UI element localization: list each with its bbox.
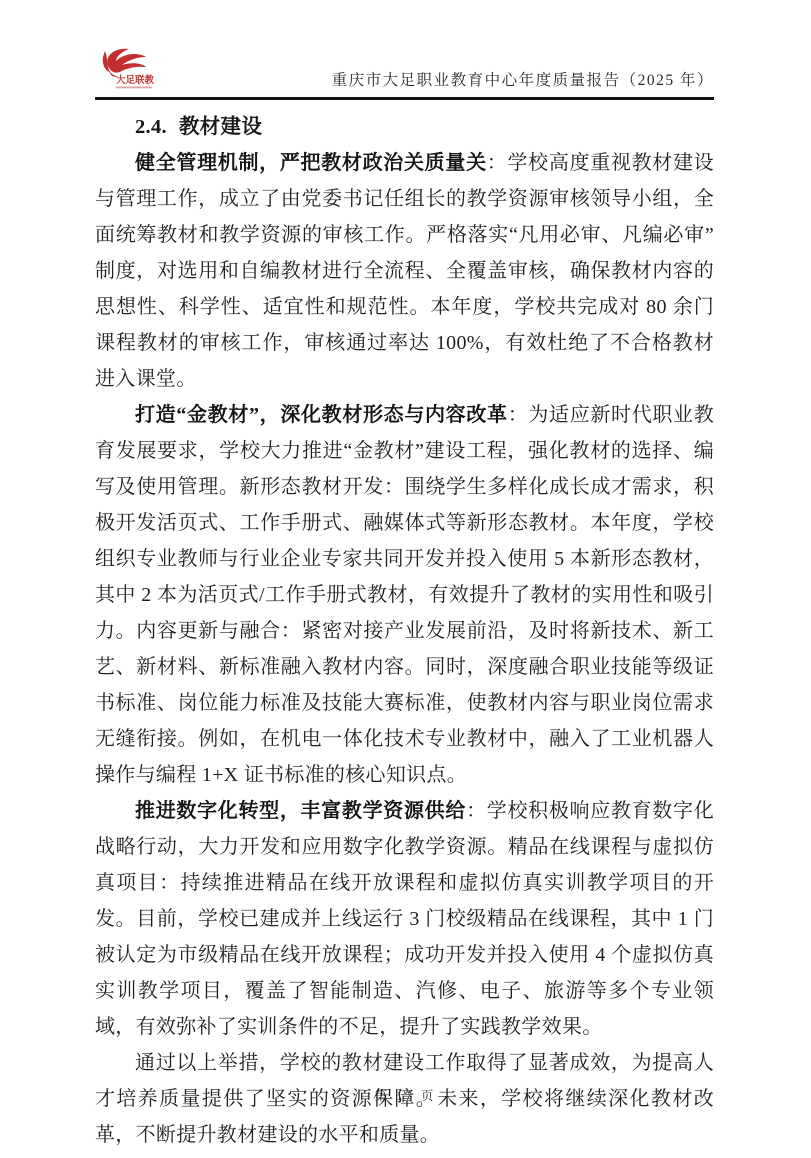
section-title: 教材建设: [179, 116, 262, 138]
page-footer: 第 17 页: [0, 1086, 811, 1104]
logo-caption-line: [116, 87, 152, 89]
page-number: 第 17 页: [375, 1089, 437, 1103]
document-body: 2.4.教材建设 健全管理机制，严把教材政治关质量关：学校高度重视教材建设与管理…: [95, 109, 714, 1153]
header-rule: [95, 97, 714, 100]
paragraph: 打造“金教材”，深化教材形态与内容改革：为适应新时代职业教育发展要求，学校大力推…: [95, 397, 714, 793]
paragraph: 推进数字化转型，丰富教学资源供给：学校积极响应教育数字化战略行动，大力开发和应用…: [95, 793, 714, 1045]
section-heading: 2.4.教材建设: [135, 109, 714, 145]
paragraph: 健全管理机制，严把教材政治关质量关：学校高度重视教材建设与管理工作，成立了由党委…: [95, 145, 714, 397]
school-logo: 大足联教: [95, 46, 161, 92]
report-title: 重庆市大足职业教育中心年度质量报告（2025 年）: [332, 68, 714, 92]
paragraph-body: ：为适应新时代职业教育发展要求，学校大力推进“金教材”建设工程，强化教材的选择、…: [95, 404, 714, 786]
section-number: 2.4.: [135, 116, 167, 138]
paragraph-lead: 打造“金教材”，深化教材形态与内容改革: [135, 404, 508, 426]
paragraph-body: ：学校高度重视教材建设与管理工作，成立了由党委书记任组长的教学资源审核领导小组，…: [95, 152, 714, 390]
paragraph-lead: 健全管理机制，严把教材政治关质量关: [135, 152, 487, 174]
paragraph-lead: 推进数字化转型，丰富教学资源供给: [135, 800, 466, 822]
logo-text: 大足联教: [116, 74, 155, 86]
phoenix-icon: [103, 49, 146, 77]
paragraph-body: ：学校积极响应教育数字化战略行动，大力开发和应用数字化教学资源。精品在线课程与虚…: [95, 800, 714, 1038]
page-header: 大足联教 重庆市大足职业教育中心年度质量报告（2025 年）: [95, 46, 714, 100]
document-page: 大足联教 重庆市大足职业教育中心年度质量报告（2025 年） 2.4.教材建设 …: [0, 0, 811, 1158]
